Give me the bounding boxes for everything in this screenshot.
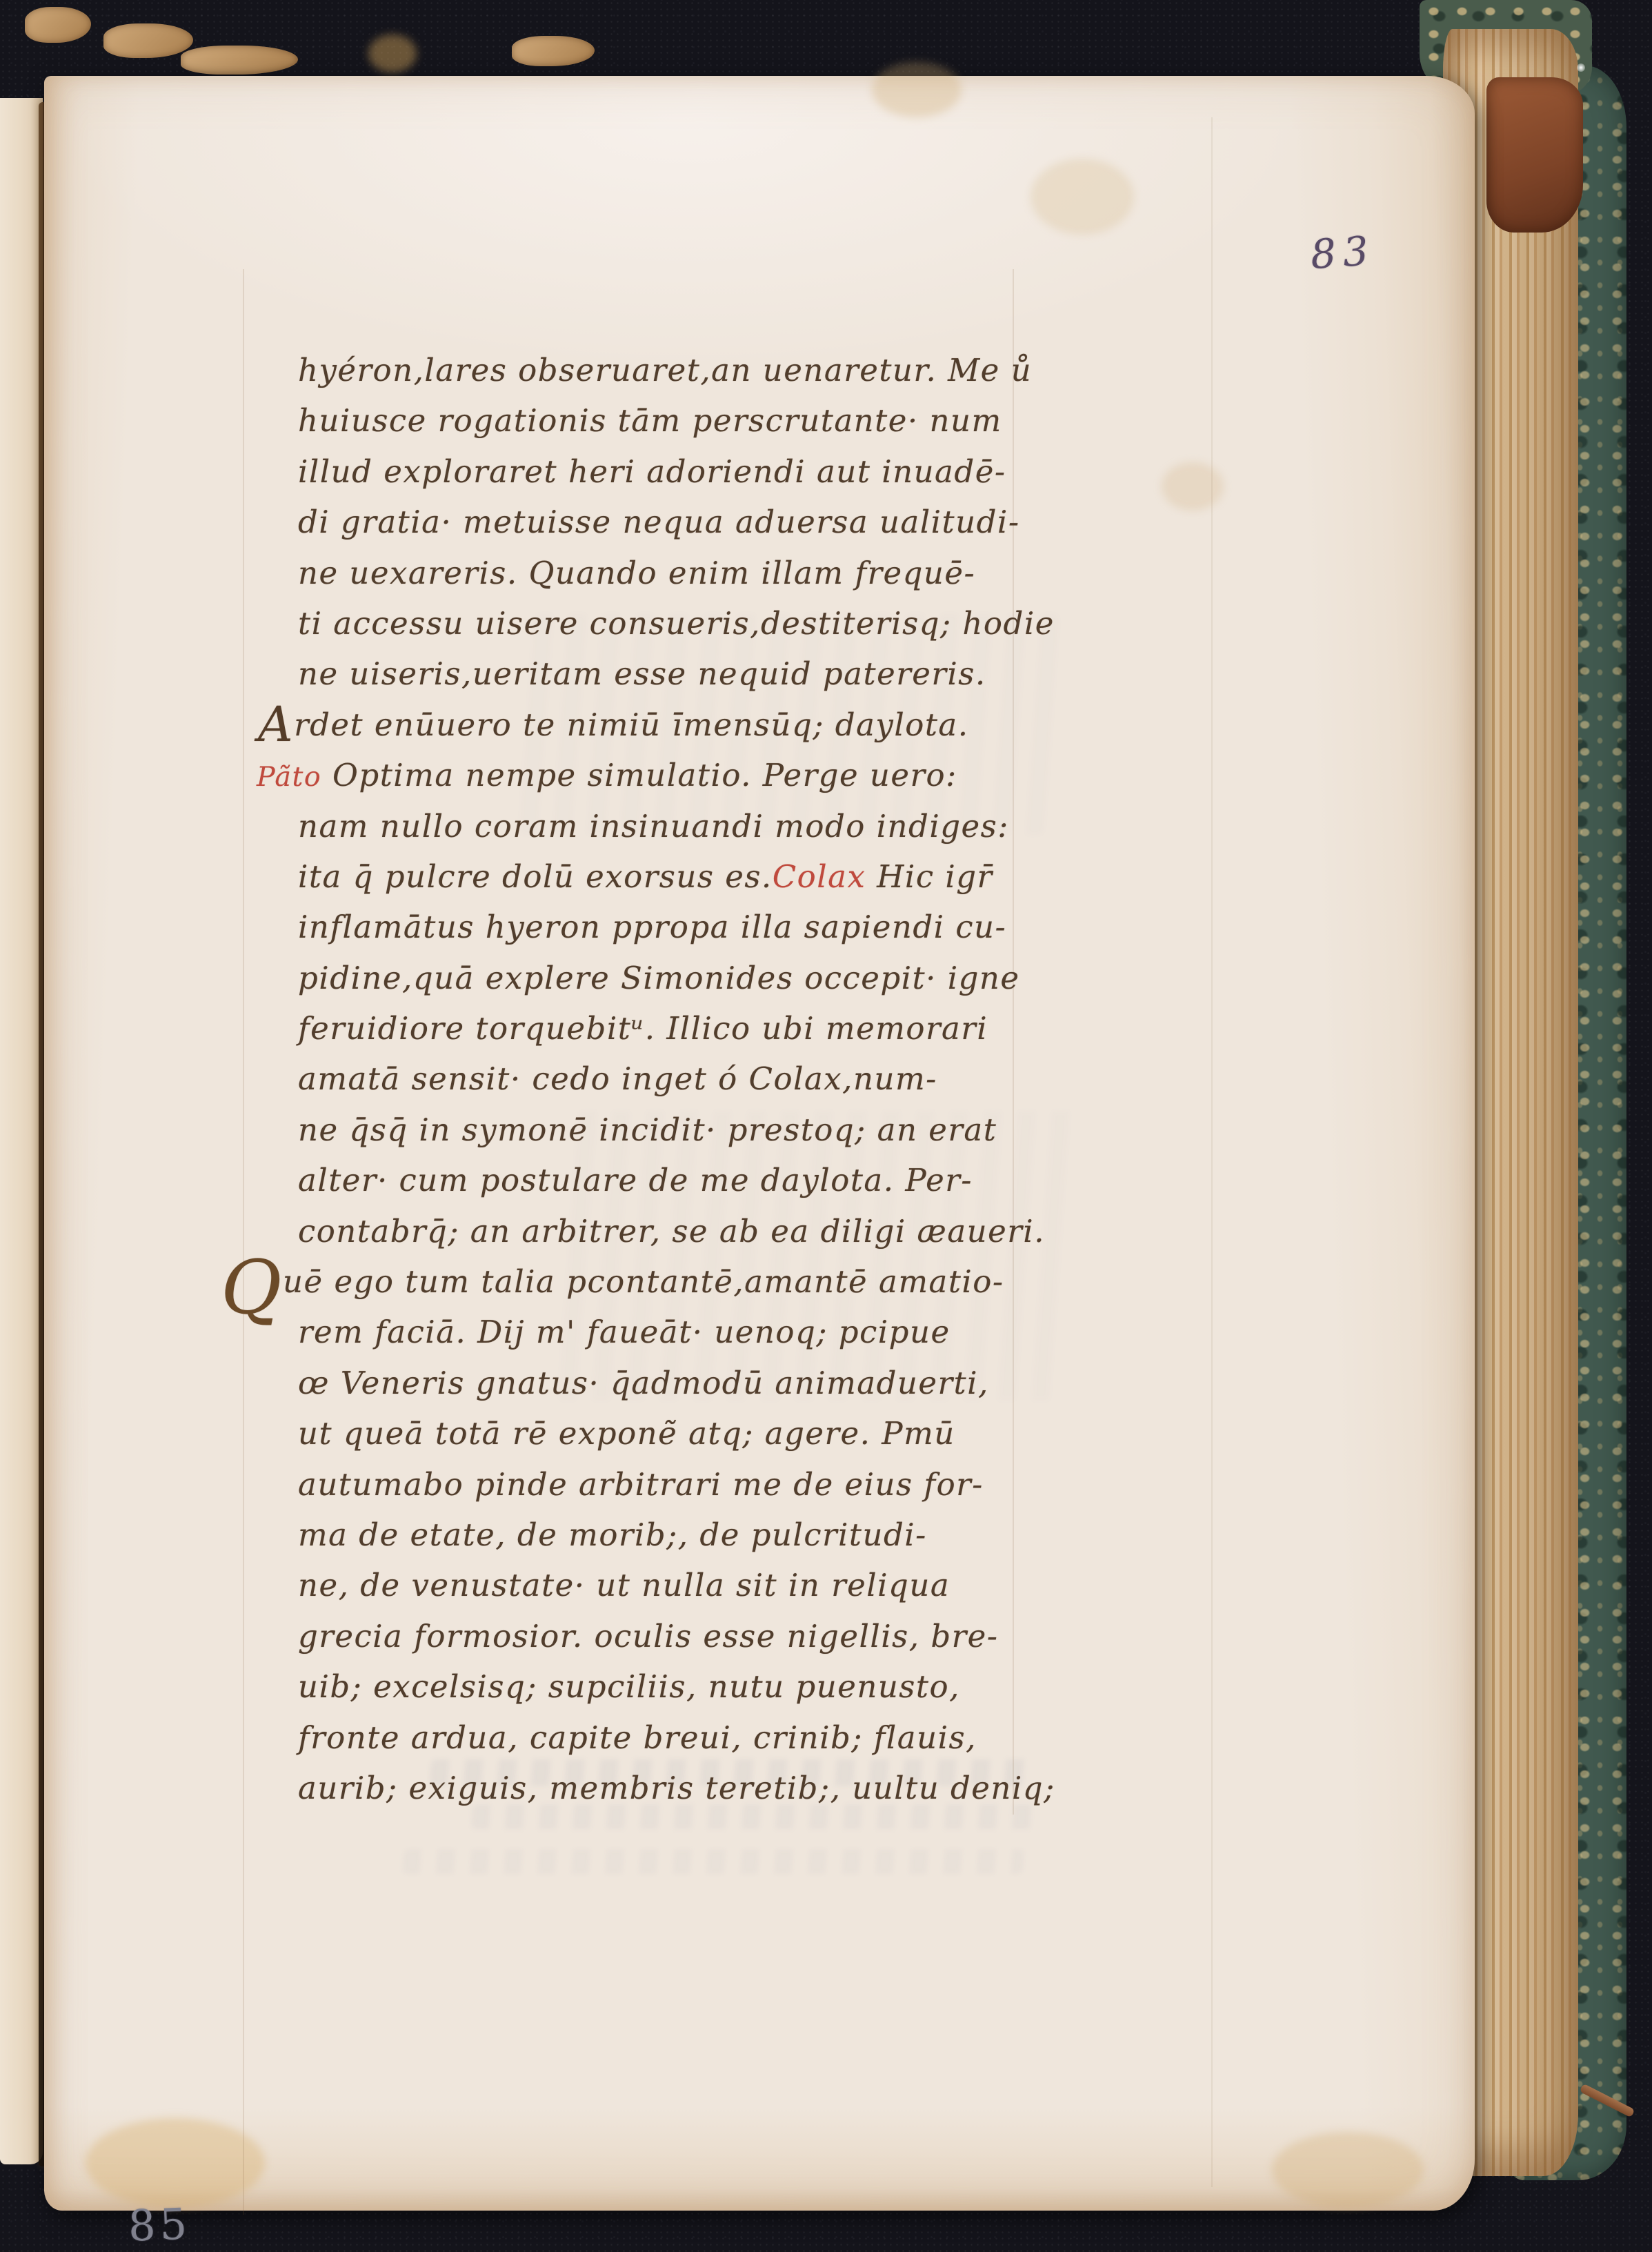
folio-number-pencil: 85 <box>128 2198 192 2251</box>
ink-text: rdet enūuero te nimiū īmensūq; daylota. <box>294 707 968 743</box>
manuscript-text-line: ne uexareris. Quando enim illam frequē- <box>298 555 1084 605</box>
manuscript-text-line: ut queā totā rē exponẽ atq; agere. Pmū <box>298 1415 1084 1465</box>
ink-text: fronte ardua, capite breui, crinib; flau… <box>298 1719 977 1756</box>
manuscript-text-line: illud exploraret heri adoriendi aut inua… <box>298 453 1084 504</box>
ink-text: autumabo pinde arbitrari me de eius for- <box>298 1466 984 1503</box>
manuscript-text-line: feruidiore torquebitᵘ. Illico ubi memora… <box>298 1010 1084 1060</box>
paper-stain <box>872 62 962 117</box>
folio-number-ink: 83 <box>1309 227 1377 278</box>
manuscript-text-line: Quē ego tum talia pcontantē,amantē amati… <box>298 1263 1084 1314</box>
manuscript-text-line: ne, de venustate· ut nulla sit in reliqu… <box>298 1567 1084 1617</box>
paper-stain <box>368 34 417 72</box>
ink-text: ut queā totā rē exponẽ atq; agere. Pmū <box>298 1415 955 1452</box>
facing-page-sliver <box>0 98 43 2164</box>
manuscript-photo: 83 85 hyéron,lares obseruaret,an uenaret… <box>0 0 1652 2252</box>
manuscript-text-line: amatā sensit· cedo inget ó Colax,num- <box>298 1060 1084 1111</box>
manuscript-text-line: Pãto Optima nempe simulatio. Perge uero: <box>298 757 1084 807</box>
ink-text: uib; excelsisq; supciliis, nutu puenusto… <box>298 1668 960 1705</box>
manuscript-text-line: fronte ardua, capite breui, crinib; flau… <box>298 1719 1084 1770</box>
manuscript-text-line: ti accessu uisere consueris,destiterisq;… <box>298 605 1084 655</box>
rubric-text: Colax <box>773 858 866 895</box>
manuscript-text-line: ma de etate, de morib;, de pulcritudi- <box>298 1517 1084 1567</box>
manuscript-text-line: alter· cum postulare de me daylota. Per- <box>298 1162 1084 1212</box>
bleed-through-smudge <box>402 1849 1025 1874</box>
manuscript-text-line: autumabo pinde arbitrari me de eius for- <box>298 1466 1084 1517</box>
frayed-thread <box>512 36 595 66</box>
manuscript-text-line: pidine,quā explere Simonides occepit· ig… <box>298 960 1084 1010</box>
ruling-line-left <box>243 269 244 2215</box>
paper-stain <box>1162 462 1224 511</box>
manuscript-text-line: contabrq̄; an arbitrer, se ab ea diligi … <box>298 1213 1084 1263</box>
ink-text: pidine,quā explere Simonides occepit· ig… <box>298 960 1020 996</box>
manuscript-text-line: ne uiseris,ueritam esse nequid patereris… <box>298 655 1084 706</box>
manuscript-text-line: aurib; exiguis, membris teretib;, uultu … <box>298 1770 1084 1820</box>
manuscript-text-line: hyéron,lares obseruaret,an uenaretur. Me… <box>298 352 1084 402</box>
ink-text: nam nullo coram insinuandi modo indiges: <box>298 808 1009 844</box>
ink-text: rem faciā. Dij m' faueāt· uenoq; pcipue <box>298 1314 951 1350</box>
ink-text: ne, de venustate· ut nulla sit in reliqu… <box>298 1567 950 1603</box>
ink-text: alter· cum postulare de me daylota. Per- <box>298 1162 973 1198</box>
manuscript-text-line: Ardet enūuero te nimiū īmensūq; daylota. <box>298 707 1084 757</box>
manuscript-text-line: nam nullo coram insinuandi modo indiges: <box>298 808 1084 858</box>
ink-text: œ Veneris gnatus· q̄admodū animaduerti, <box>298 1365 989 1401</box>
ink-text: ita q̄ pulcre dolū exorsus es. <box>298 858 773 895</box>
manuscript-page: 83 85 hyéron,lares obseruaret,an uenaret… <box>44 76 1475 2211</box>
ink-text: grecia formosior. oculis esse nigellis, … <box>298 1618 999 1655</box>
ink-text: inflamātus hyeron ppropa illa sapiendi c… <box>298 909 1006 945</box>
manuscript-text-line: di gratia· metuisse nequa aduersa ualitu… <box>298 504 1084 554</box>
ink-text: amatā sensit· cedo inget ó Colax,num- <box>298 1060 937 1097</box>
paper-stain <box>1031 159 1134 235</box>
highlight-speck <box>1577 63 1585 72</box>
ink-text: ti accessu uisere consueris,destiterisq;… <box>298 605 1055 642</box>
ink-text: Optima nempe simulatio. Perge uero: <box>321 757 957 793</box>
ink-text: contabrq̄; an arbitrer, se ab ea diligi … <box>298 1213 1045 1250</box>
ink-text: Hic igr̄ <box>866 858 993 895</box>
ink-text: huiusce rogationis tām perscrutante· num <box>298 402 1002 439</box>
frayed-thread <box>103 23 193 58</box>
ink-text: ne uiseris,ueritam esse nequid patereris… <box>298 655 986 692</box>
ink-text: ne q̄sq̄ in symonē incidit· prestoq; an … <box>298 1112 997 1148</box>
rubric-text: Pãto <box>257 761 321 793</box>
manuscript-text-line: huiusce rogationis tām perscrutante· num <box>298 402 1084 453</box>
ink-text: di gratia· metuisse nequa aduersa ualitu… <box>298 504 1020 540</box>
frayed-thread <box>25 7 91 43</box>
paper-fold-line <box>1211 117 1213 2187</box>
ink-text: ne uexareris. Quando enim illam frequē- <box>298 555 975 591</box>
ink-text: aurib; exiguis, membris teretib;, uultu … <box>298 1770 1055 1806</box>
manuscript-text-line: ne q̄sq̄ in symonē incidit· prestoq; an … <box>298 1112 1084 1162</box>
manuscript-text-line: grecia formosior. oculis esse nigellis, … <box>298 1618 1084 1668</box>
ink-text: feruidiore torquebitᵘ. Illico ubi memora… <box>298 1010 988 1047</box>
paper-stain <box>86 2118 265 2208</box>
frayed-thread <box>181 46 298 75</box>
ink-text: ma de etate, de morib;, de pulcritudi- <box>298 1517 927 1553</box>
manuscript-text-line: rem faciā. Dij m' faueāt· uenoq; pcipue <box>298 1314 1084 1364</box>
manuscript-text-line: inflamātus hyeron ppropa illa sapiendi c… <box>298 909 1084 959</box>
paper-stain <box>1272 2132 1424 2208</box>
ink-text: uē ego tum talia pcontantē,amantē amatio… <box>283 1263 1004 1300</box>
manuscript-text-line: ita q̄ pulcre dolū exorsus es.Colax Hic … <box>298 858 1084 909</box>
ink-text: illud exploraret heri adoriendi aut inua… <box>298 453 1006 490</box>
manuscript-text-line: œ Veneris gnatus· q̄admodū animaduerti, <box>298 1365 1084 1415</box>
manuscript-text-block: hyéron,lares obseruaret,an uenaretur. Me… <box>298 352 1084 1820</box>
manuscript-text-line: uib; excelsisq; supciliis, nutu puenusto… <box>298 1668 1084 1719</box>
ink-text: hyéron,lares obseruaret,an uenaretur. Me… <box>298 352 1032 388</box>
cover-damage-patch <box>1486 77 1583 233</box>
